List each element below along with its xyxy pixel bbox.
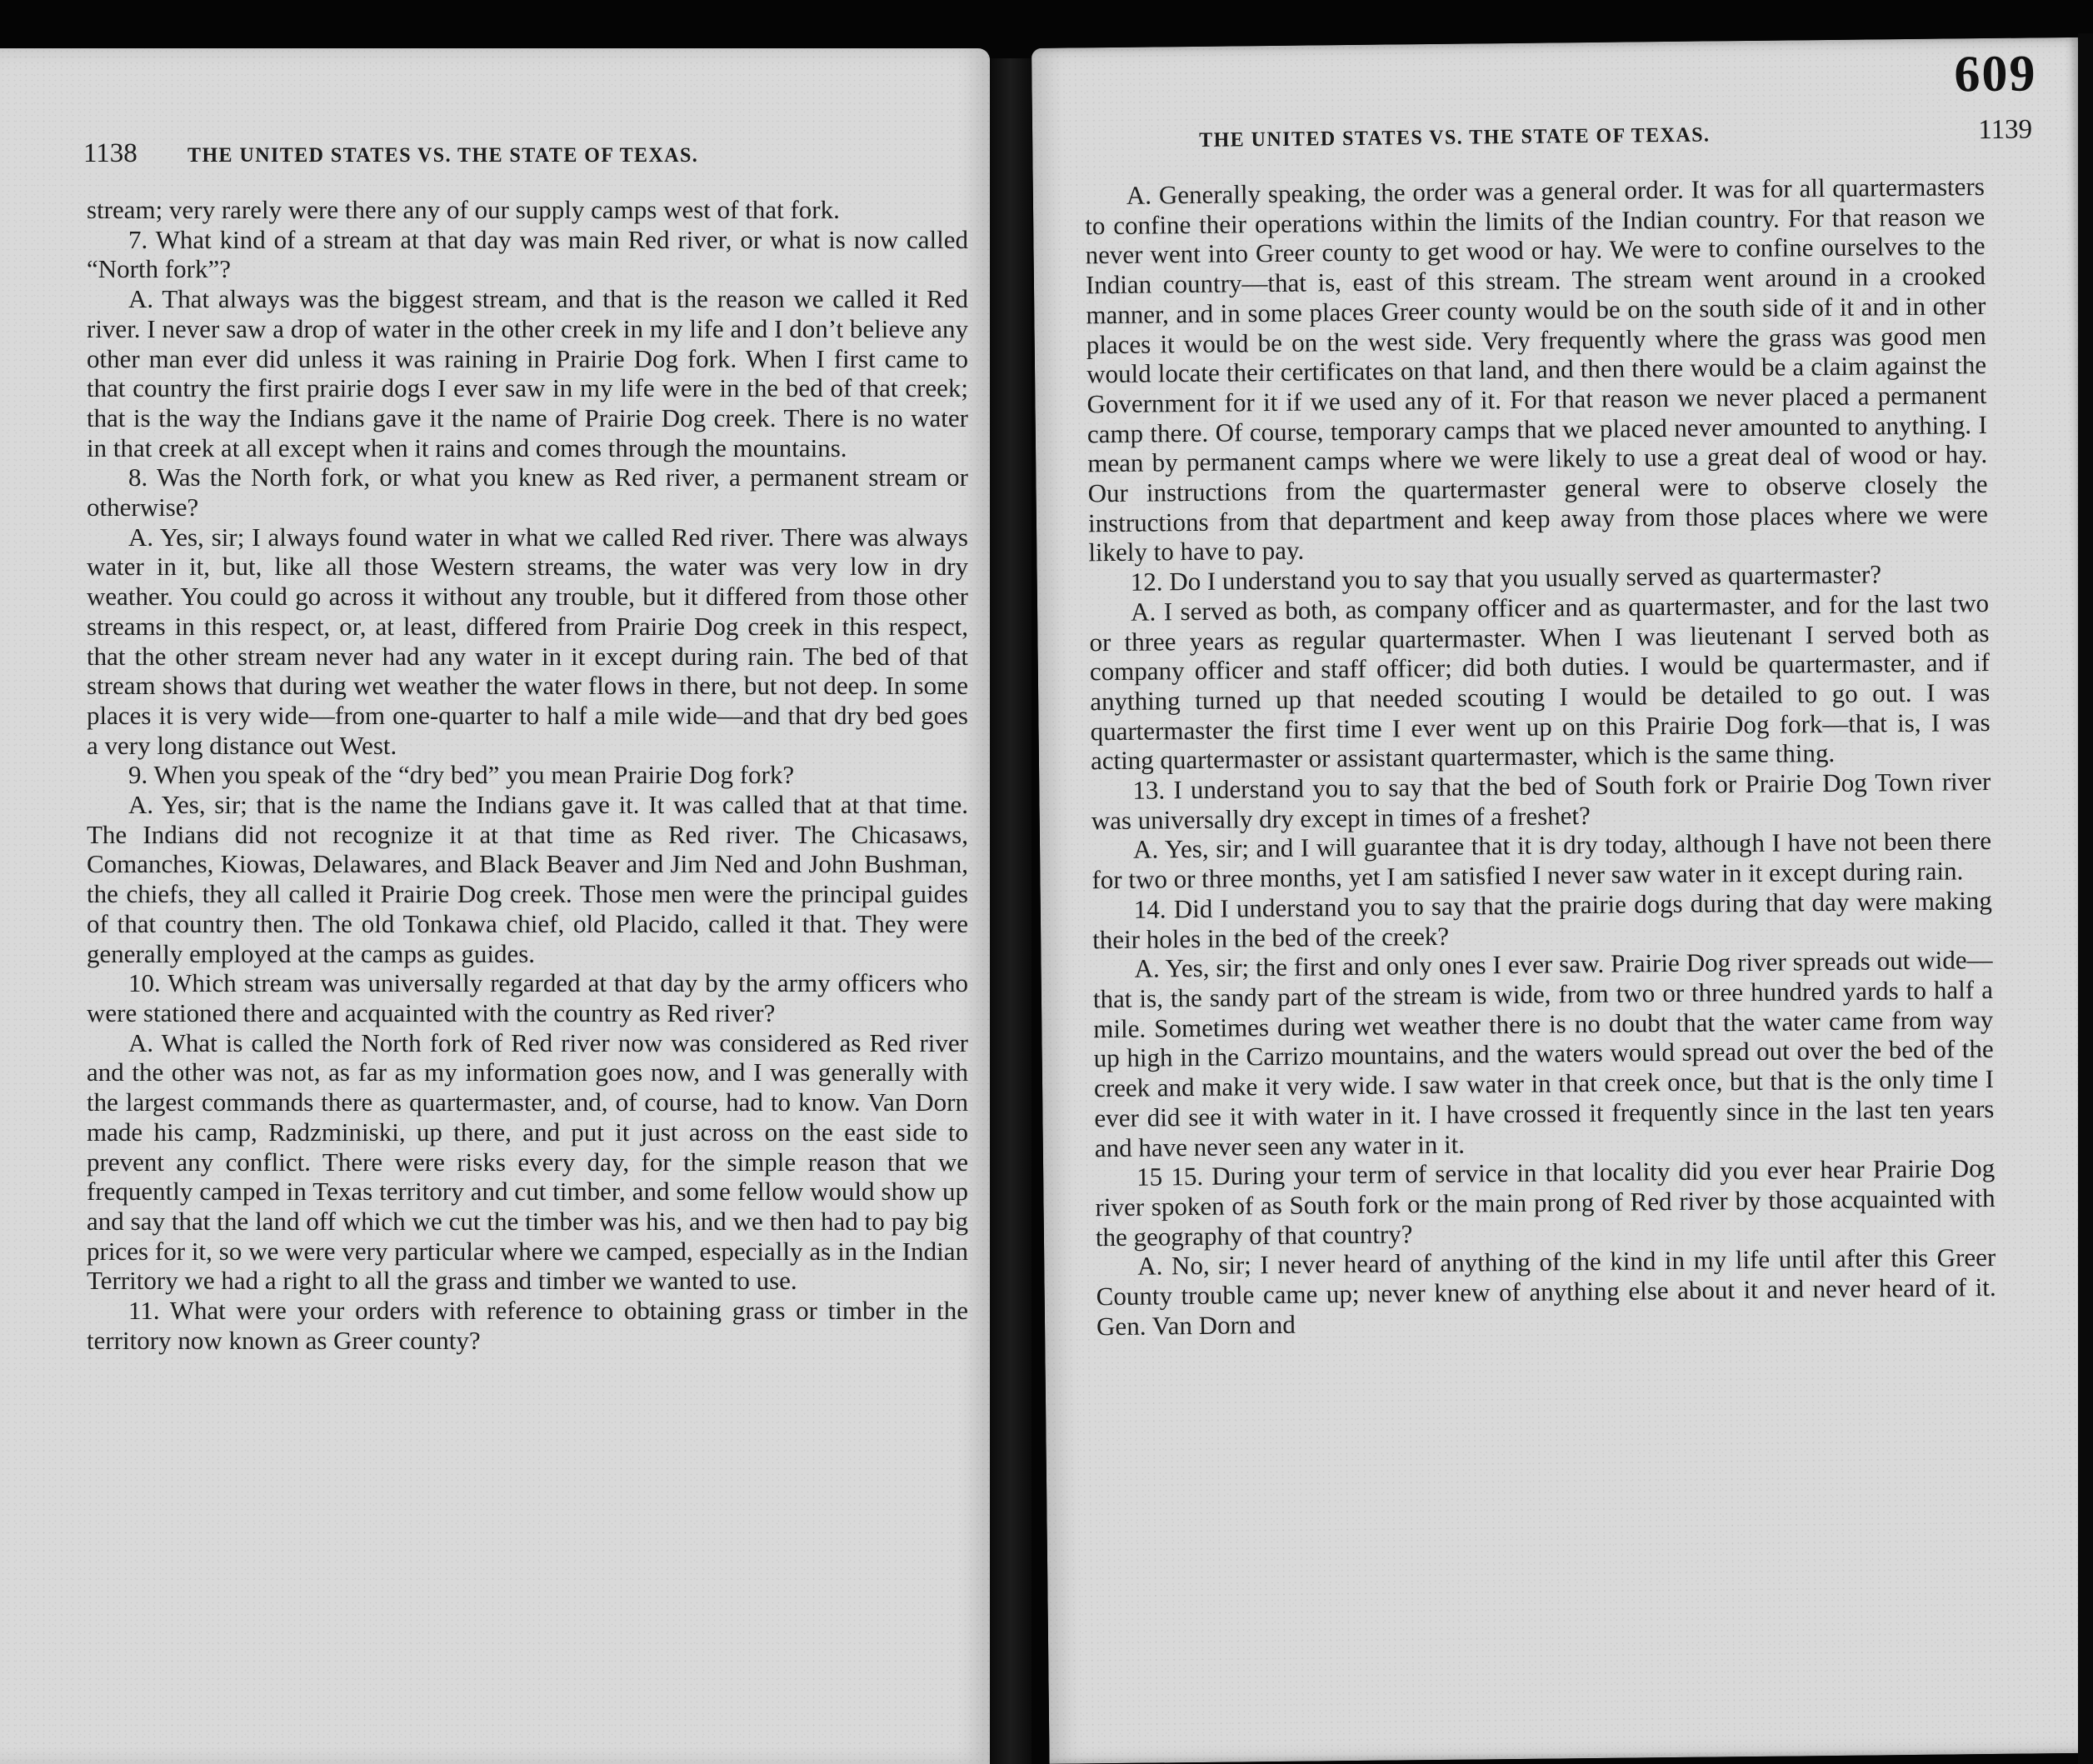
- question-10: 10. Which stream was universally regarde…: [87, 968, 968, 1027]
- running-head-left: 1138 THE UNITED STATES VS. THE STATE OF …: [83, 138, 967, 169]
- book-gutter: [990, 58, 1032, 1764]
- running-head-title: THE UNITED STATES VS. THE STATE OF TEXAS…: [1199, 123, 1711, 152]
- answer-9: A. Yes, sir; that is the name the Indian…: [87, 790, 968, 968]
- book-spread: 1138 THE UNITED STATES VS. THE STATE OF …: [0, 0, 2093, 1764]
- right-page-body: A. Generally speaking, the order was a g…: [1085, 172, 1997, 1342]
- right-page: 609 THE UNITED STATES VS. THE STATE OF T…: [1032, 37, 2093, 1764]
- left-page: 1138 THE UNITED STATES VS. THE STATE OF …: [0, 48, 990, 1764]
- running-head-title: THE UNITED STATES VS. THE STATE OF TEXAS…: [187, 144, 698, 167]
- answer-15: A. No, sir; I never heard of anything of…: [1096, 1242, 1996, 1341]
- running-head-right: THE UNITED STATES VS. THE STATE OF TEXAS…: [1199, 114, 2032, 153]
- question-9: 9. When you speak of the “dry bed” you m…: [87, 760, 968, 790]
- answer-8: A. Yes, sir; I always found water in wha…: [87, 522, 968, 761]
- answer-12: A. I served as both, as company officer …: [1089, 588, 1991, 777]
- paragraph-continuation: stream; very rarely were there any of ou…: [87, 195, 968, 225]
- scan-edge: [2078, 33, 2093, 1764]
- answer-13: A. Yes, sir; and I will guarantee that i…: [1091, 826, 1992, 895]
- page-number: 1138: [83, 138, 137, 169]
- page-number: 1139: [1978, 114, 2032, 146]
- answer-11: A. Generally speaking, the order was a g…: [1085, 172, 1989, 567]
- left-page-body: stream; very rarely were there any of ou…: [87, 195, 968, 1355]
- question-15: 15 15. During your term of service in th…: [1095, 1153, 1996, 1252]
- question-8: 8. Was the North fork, or what you knew …: [87, 462, 968, 522]
- question-13: 13. I understand you to say that the bed…: [1091, 767, 1991, 836]
- answer-10: A. What is called the North fork of Red …: [87, 1028, 968, 1296]
- answer-14: A. Yes, sir; the first and only ones I e…: [1092, 945, 1995, 1162]
- question-7: 7. What kind of a stream at that day was…: [87, 225, 968, 284]
- answer-7: A. That always was the biggest stream, a…: [87, 284, 968, 462]
- question-11: 11. What were your orders with reference…: [87, 1296, 968, 1355]
- folio-stamp: 609: [1954, 44, 2037, 104]
- question-14: 14. Did I understand you to say that the…: [1092, 886, 1993, 955]
